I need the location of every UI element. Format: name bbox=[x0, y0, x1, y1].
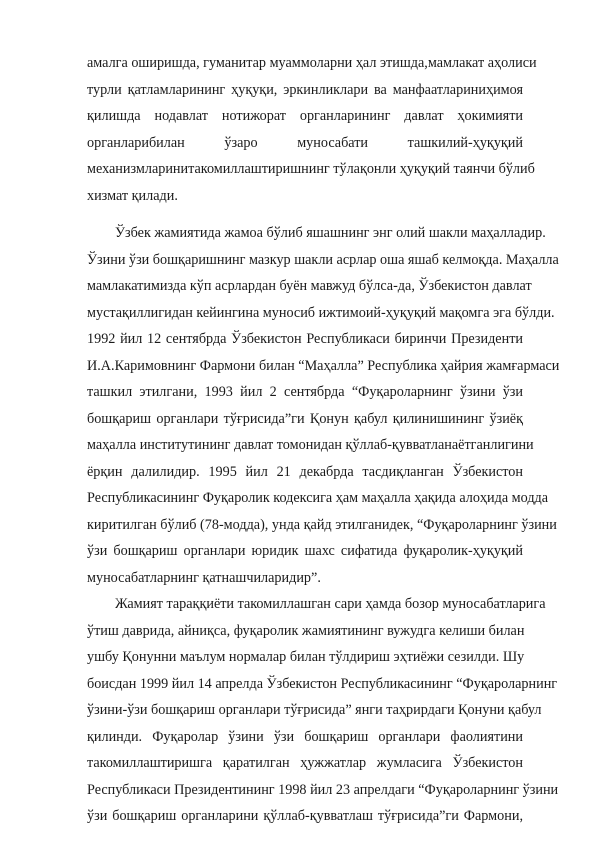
text-line: муносабатларнинг қатнашчиларидир”. bbox=[87, 569, 523, 587]
text-line: такомиллаштиришга қаратилган ҳужжатлар ж… bbox=[87, 754, 523, 772]
text-line: ўтиш даврида, айниқса, фуқаролик жамияти… bbox=[87, 622, 523, 640]
text-line: ўзи бошқариш органларини қўллаб-қувватла… bbox=[87, 807, 523, 825]
text-line: органларибилан ўзаро муносабати ташкилий… bbox=[87, 134, 523, 152]
text-line: мустақиллигидан кейингина муносиб ижтимо… bbox=[87, 304, 523, 322]
document-page: амалга оширишда, гуманитар муаммоларни ҳ… bbox=[0, 0, 596, 842]
text-line: турли қатламларининг ҳуқуқи, эркинликлар… bbox=[87, 81, 523, 99]
text-line: Ўзини ўзи бошқаришнинг мазкур шакли асрл… bbox=[87, 251, 523, 269]
text-line: Ўзбек жамиятида жамоа бўлиб яшашнинг энг… bbox=[115, 224, 523, 242]
text-line: ушбу Қонунни маълум нормалар билан тўлди… bbox=[87, 648, 523, 666]
text-line: маҳалла институтининг давлат томонидан қ… bbox=[87, 436, 523, 454]
text-line: қилишда нодавлат нотижорат органларининг… bbox=[87, 107, 523, 125]
text-line: механизмларинитакомиллаштиришнинг тўлақо… bbox=[87, 160, 523, 178]
text-line: ташкил этилгани, 1993 йил 2 сентябрда “Ф… bbox=[87, 383, 523, 401]
text-line: хизмат қилади. bbox=[87, 187, 523, 205]
text-line: 1992 йил 12 сентябрда Ўзбекистон Республ… bbox=[87, 330, 523, 348]
text-line: қилинди. Фуқаролар ўзини ўзи бошқариш ор… bbox=[87, 728, 523, 746]
text-line: мамлакатимизда кўп асрлардан буён мавжуд… bbox=[87, 277, 523, 295]
text-line: ёрқин далилидир. 1995 йил 21 декабрда та… bbox=[87, 463, 523, 481]
text-line: киритилган бўлиб (78-модда), унда қайд э… bbox=[87, 516, 523, 534]
text-line: Республикасининг Фуқаролик кодексига ҳам… bbox=[87, 489, 523, 507]
text-line: амалга оширишда, гуманитар муаммоларни ҳ… bbox=[87, 54, 523, 72]
text-line: Жамият тараққиёти такомиллашган сари ҳам… bbox=[115, 595, 523, 613]
text-line: Республикаси Президентининг 1998 йил 23 … bbox=[87, 781, 523, 799]
text-line: ўзини-ўзи бошқариш органлари тўғрисида” … bbox=[87, 701, 523, 719]
text-line: боисдан 1999 йил 14 апрелда Ўзбекистон Р… bbox=[87, 675, 523, 693]
text-line: И.А.Каримовнинг Фармони билан “Маҳалла” … bbox=[87, 357, 523, 375]
text-line: бошқариш органлари тўғрисида”ги Қонун қа… bbox=[87, 410, 523, 428]
text-line: ўзи бошқариш органлари юридик шахс сифат… bbox=[87, 542, 523, 560]
